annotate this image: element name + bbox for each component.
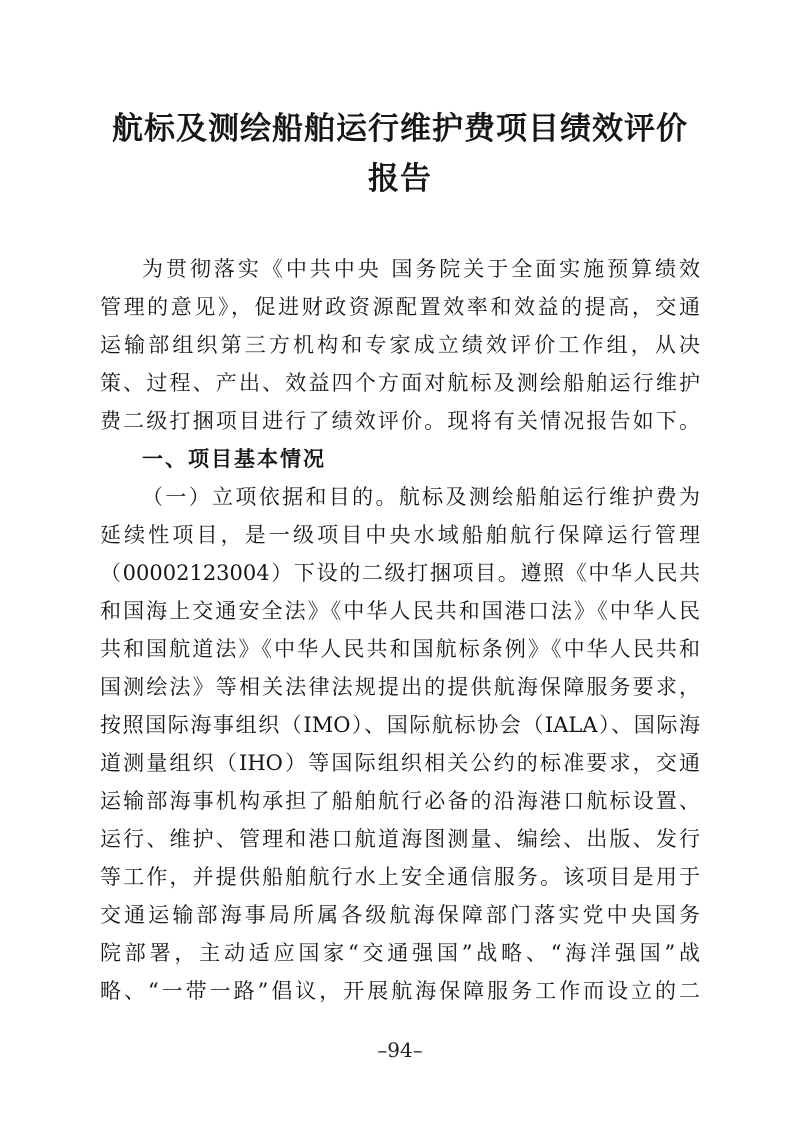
paragraph-2-line: 交通运输部海事局所属各级航海保障部门落实党中央国务 [100, 896, 700, 934]
paragraph-2-line: 共和国航道法》《中华人民共和国航标条例》《中华人民共和 [100, 630, 700, 668]
report-title-line-2: 报告 [100, 154, 700, 204]
paragraph-1-line: 费二级打捆项目进行了绩效评价。现将有关情况报告如下。 [100, 402, 700, 440]
paragraph-1-line: 为贯彻落实《中共中央 国务院关于全面实施预算绩效 [100, 250, 700, 288]
paragraph-2-line: 等工作，并提供船舶航行水上安全通信服务。该项目是用于 [100, 858, 700, 896]
paragraph-2-line: 延续性项目，是一级项目中央水域船舶航行保障运行管理 [100, 516, 700, 554]
paragraph-2-line: 略、“一带一路”倡议，开展航海保障服务工作而设立的二 [100, 972, 700, 1010]
paragraph-2-line: 院部署，主动适应国家“交通强国”战略、“海洋强国”战 [100, 934, 700, 972]
report-title-line-1: 航标及测绘船舶运行维护费项目绩效评价 [100, 104, 700, 154]
document-body: 为贯彻落实《中共中央 国务院关于全面实施预算绩效 管理的意见》，促进财政资源配置… [100, 250, 700, 1010]
paragraph-2-line: 和国海上交通安全法》《中华人民共和国港口法》《中华人民 [100, 592, 700, 630]
paragraph-2-line: （一）立项依据和目的。航标及测绘船舶运行维护费为 [100, 478, 700, 516]
report-title: 航标及测绘船舶运行维护费项目绩效评价 报告 [100, 104, 700, 204]
paragraph-1-line: 管理的意见》，促进财政资源配置效率和效益的提高，交通 [100, 288, 700, 326]
section-heading: 一、项目基本情况 [100, 440, 700, 478]
paragraph-2-line: 道测量组织（IHO）等国际组织相关公约的标准要求，交通 [100, 744, 700, 782]
paragraph-2-line: 按照国际海事组织（IMO）、国际航标协会（IALA）、国际海 [100, 706, 700, 744]
paragraph-2-line: 运输部海事机构承担了船舶航行必备的沿海港口航标设置、 [100, 782, 700, 820]
paragraph-1-line: 运输部组织第三方机构和专家成立绩效评价工作组，从决 [100, 326, 700, 364]
paragraph-1-line: 策、过程、产出、效益四个方面对航标及测绘船舶运行维护 [100, 364, 700, 402]
paragraph-2-line: （00002123004）下设的二级打捆项目。遵照《中华人民共 [100, 554, 700, 592]
paragraph-2-line: 运行、维护、管理和港口航道海图测量、编绘、出版、发行 [100, 820, 700, 858]
document-page: 航标及测绘船舶运行维护费项目绩效评价 报告 为贯彻落实《中共中央 国务院关于全面… [0, 0, 800, 1131]
paragraph-2-line: 国测绘法》等相关法律法规提出的提供航海保障服务要求， [100, 668, 700, 706]
page-number: –94– [0, 1038, 800, 1062]
